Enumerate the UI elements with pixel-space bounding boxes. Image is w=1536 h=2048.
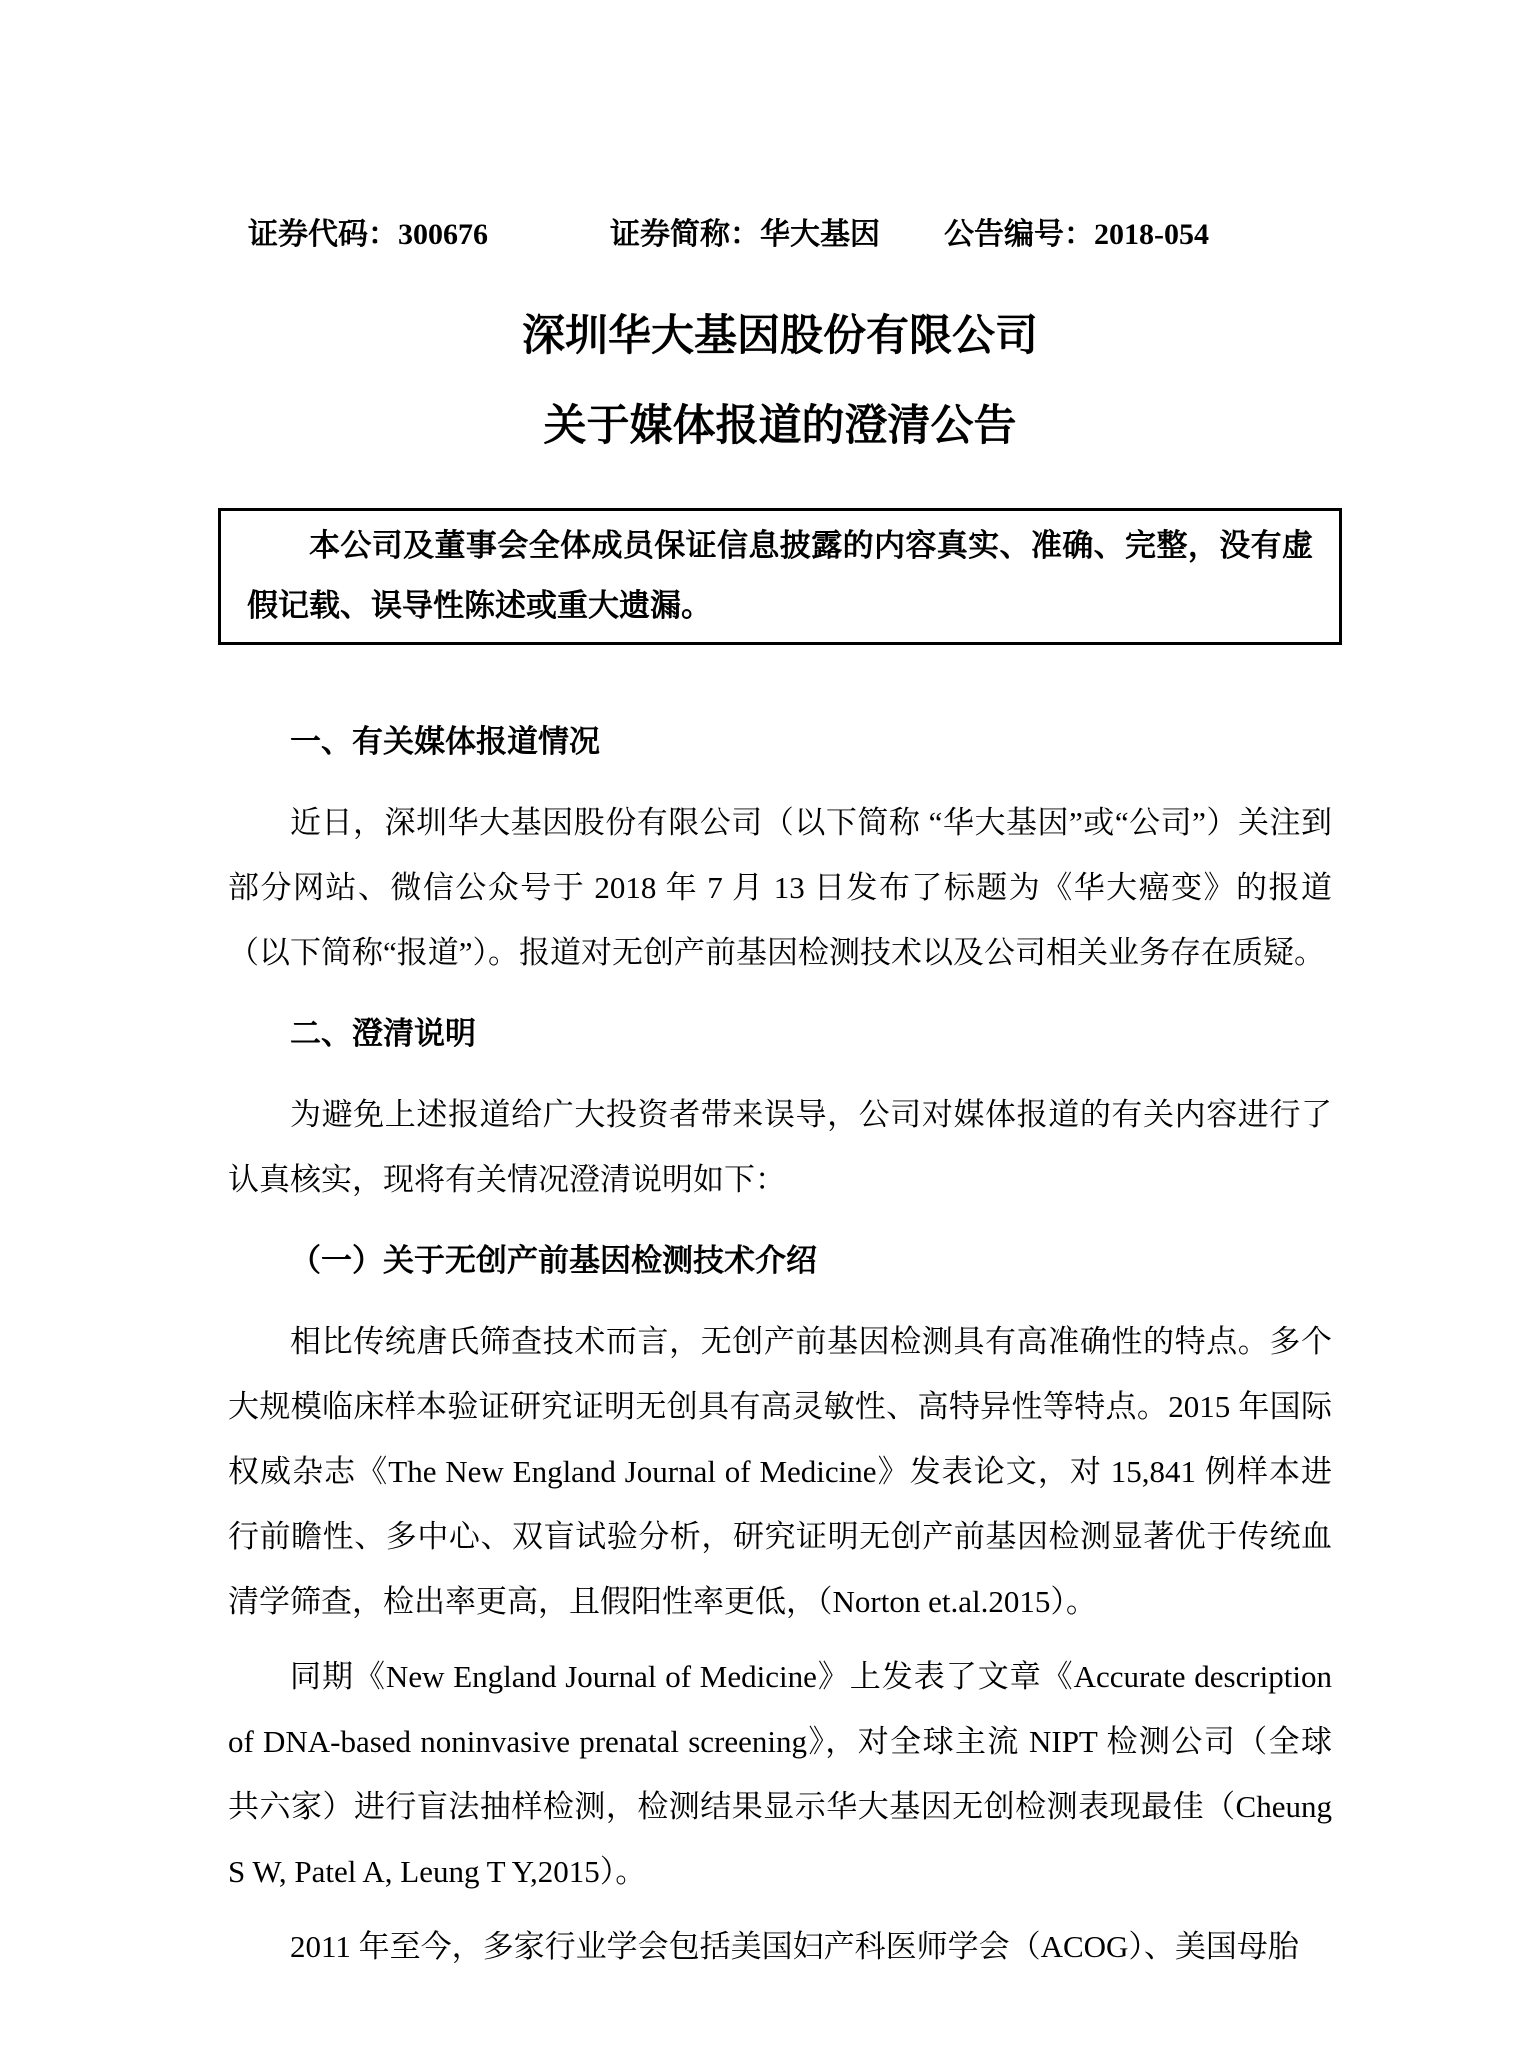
para-media-report: 近日，深圳华大基因股份有限公司（以下简称 “华大基因”或“公司”）关注到部分网站…	[228, 790, 1332, 985]
announcement-no-label: 公告编号：2018-054	[944, 218, 1209, 252]
section-2-heading: 二、澄清说明	[228, 1001, 1332, 1066]
disclaimer-text: 本公司及董事会全体成员保证信息披露的内容真实、准确、完整，没有虚假记载、误导性陈…	[247, 516, 1313, 636]
stock-code-label: 证券代码：300676	[248, 218, 488, 252]
disclaimer-box: 本公司及董事会全体成员保证信息披露的内容真实、准确、完整，没有虚假记载、误导性陈…	[218, 508, 1342, 645]
para-clarify-intro: 为避免上述报道给广大投资者带来误导，公司对媒体报道的有关内容进行了认真核实，现将…	[228, 1082, 1332, 1212]
announcement-title: 关于媒体报道的澄清公告	[228, 402, 1332, 452]
announcement-page: 证券代码：300676 证券简称：华大基因 公告编号：2018-054 深圳华大…	[0, 0, 1536, 2048]
section-1-heading: 一、有关媒体报道情况	[228, 709, 1332, 774]
para-nejm-article: 同期《New England Journal of Medicine》上发表了文…	[228, 1644, 1332, 1904]
subsection-1-heading: （一）关于无创产前基因检测技术介绍	[228, 1228, 1332, 1293]
stock-abbr-label: 证券简称：华大基因	[610, 218, 880, 252]
para-nipt-accuracy: 相比传统唐氏筛查技术而言，无创产前基因检测具有高准确性的特点。多个大规模临床样本…	[228, 1309, 1332, 1634]
document-header-row: 证券代码：300676 证券简称：华大基因 公告编号：2018-054	[228, 218, 1332, 252]
document-body: 一、有关媒体报道情况 近日，深圳华大基因股份有限公司（以下简称 “华大基因”或“…	[228, 709, 1332, 1979]
para-industry-societies: 2011 年至今，多家行业学会包括美国妇产科医师学会（ACOG）、美国母胎	[228, 1914, 1332, 1979]
company-title: 深圳华大基因股份有限公司	[228, 312, 1332, 362]
